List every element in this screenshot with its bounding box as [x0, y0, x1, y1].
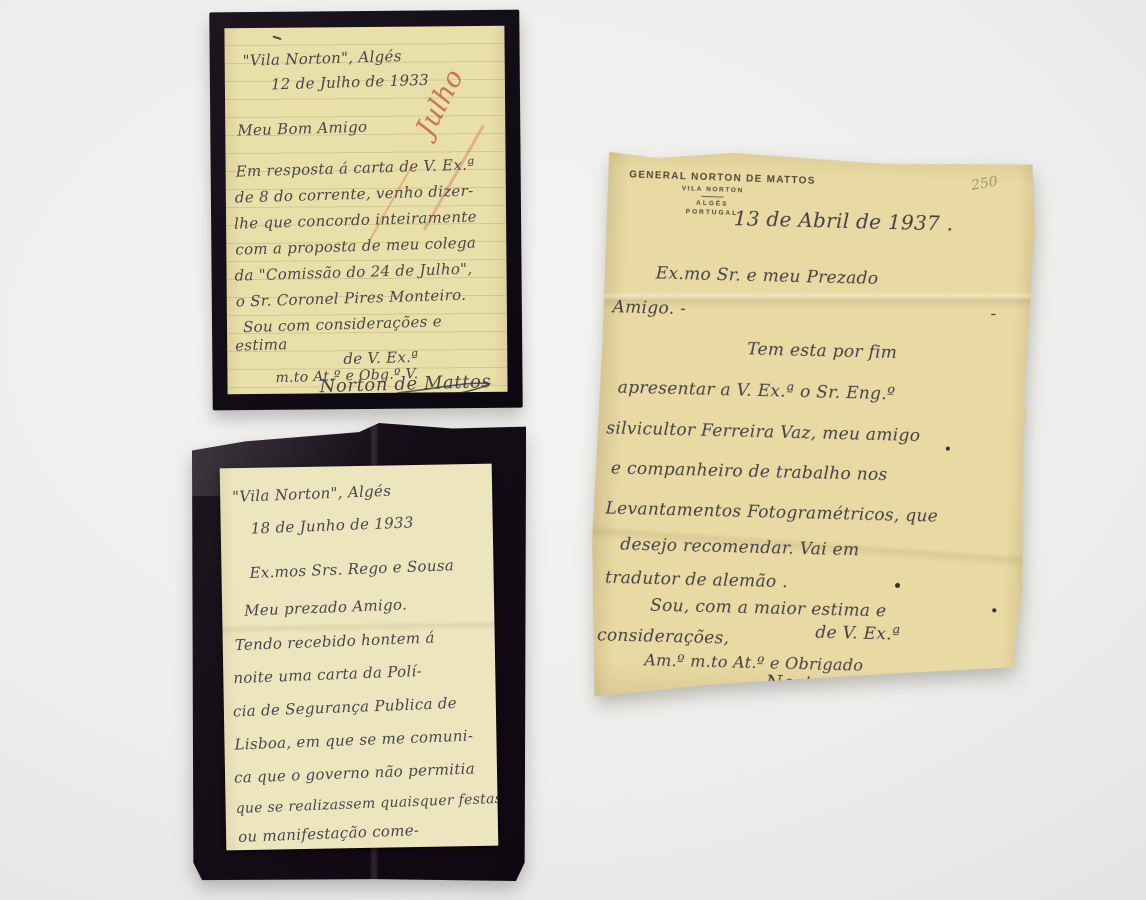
letter-addressee: Ex.mos Srs. Rego e Sousa	[249, 556, 454, 582]
letter-closing: Am.º m.to At.º e Obrigado	[644, 650, 863, 674]
handwritten-line: Lisboa, em que se me comuni-	[234, 727, 473, 754]
handwritten-line: Sou com considerações e	[243, 312, 442, 336]
handwritten-line: com a proposta de meu colega	[235, 234, 476, 259]
letter-date: 12 de Julho de 1933	[271, 71, 430, 94]
handwritten-line: silvicultor Ferreira Vaz, meu amigo	[606, 418, 920, 446]
letter-1933-june-folder: "Vila Norton", Algés 18 de Junho de 1933…	[192, 423, 526, 881]
pencil-price-note: 250	[970, 174, 999, 194]
letter-closing: de V. Ex.ª	[815, 623, 900, 645]
handwritten-line: cia de Segurança Publica de	[233, 694, 458, 721]
handwritten-line: Em resposta á carta de V. Ex.ª	[235, 156, 474, 181]
ink-dot	[992, 608, 996, 612]
handwritten-line: Tem esta por fim	[747, 339, 898, 363]
handwritten-line: Sou, com a maior estima e	[650, 596, 887, 622]
ink-speck	[272, 35, 281, 40]
letter-salutation: Meu Bom Amigo	[237, 118, 368, 140]
letter-1933-july-paper: "Vila Norton", Algés 12 de Julho de 1933…	[224, 26, 507, 394]
handwritten-line: o Sr. Coronel Pires Monteiro.	[236, 286, 467, 311]
signature: Norton de Mattos	[765, 671, 946, 697]
signature-flourish	[305, 378, 495, 394]
handwritten-line: estima	[235, 335, 288, 355]
handwritten-line: lhe que concordo inteiramente	[234, 207, 477, 232]
letterhead-rule	[702, 196, 724, 198]
letter-date: 18 de Junho de 1933	[250, 513, 414, 537]
letter-1933-june-folder-wrap: "Vila Norton", Algés 18 de Junho de 1933…	[192, 423, 526, 881]
letter-date: 13 de Abril de 1937 .	[733, 206, 953, 235]
letter-closing: de V. Ex.ª	[343, 348, 419, 368]
ink-dot	[895, 583, 900, 588]
ink-dot	[946, 447, 950, 451]
handwritten-dash: -	[990, 304, 997, 324]
letter-1933-june-paper: "Vila Norton", Algés 18 de Junho de 1933…	[220, 464, 499, 851]
letter-1937-paper: GENERAL NORTON DE MATTOS VILA NORTON ALG…	[585, 148, 1037, 711]
letter-header: "Vila Norton", Algés	[232, 482, 392, 506]
letter-1933-july-mount: "Vila Norton", Algés 12 de Julho de 1933…	[209, 10, 522, 411]
handwritten-line: desejo recomendar. Vai em	[620, 535, 860, 561]
signature-flourish	[757, 678, 938, 704]
handwritten-line: apresentar a V. Ex.ª o Sr. Eng.º	[618, 378, 896, 405]
handwritten-line: Levantamentos Fotogramétricos, que	[605, 498, 938, 526]
handwritten-line: e companheiro de trabalho nos	[611, 458, 888, 485]
handwritten-line: considerações,	[597, 625, 730, 648]
handwritten-line: Tendo recebido hontem á	[234, 629, 435, 655]
letter-salutation: Amigo. -	[612, 297, 686, 319]
photo-backdrop: "Vila Norton", Algés 12 de Julho de 1933…	[0, 0, 1146, 900]
letter-1937-paper-wrap: GENERAL NORTON DE MATTOS VILA NORTON ALG…	[585, 148, 1037, 711]
handwritten-line: tradutor de alemão .	[605, 568, 788, 592]
handwritten-line: ou manifestação come-	[238, 821, 420, 846]
handwritten-line: noite uma carta da Polí-	[233, 662, 422, 687]
letter-salutation: Meu prezado Amigo.	[244, 595, 408, 619]
handwritten-line: ca que o governo não permitia	[234, 759, 475, 786]
letter-header: "Vila Norton", Algés	[242, 47, 402, 70]
letter-salutation: Ex.mo Sr. e meu Prezado	[656, 263, 879, 288]
handwritten-line: da "Comissão do 24 de Julho",	[234, 260, 472, 285]
handwritten-line: que se realizassem quaisquer festas	[235, 791, 498, 817]
